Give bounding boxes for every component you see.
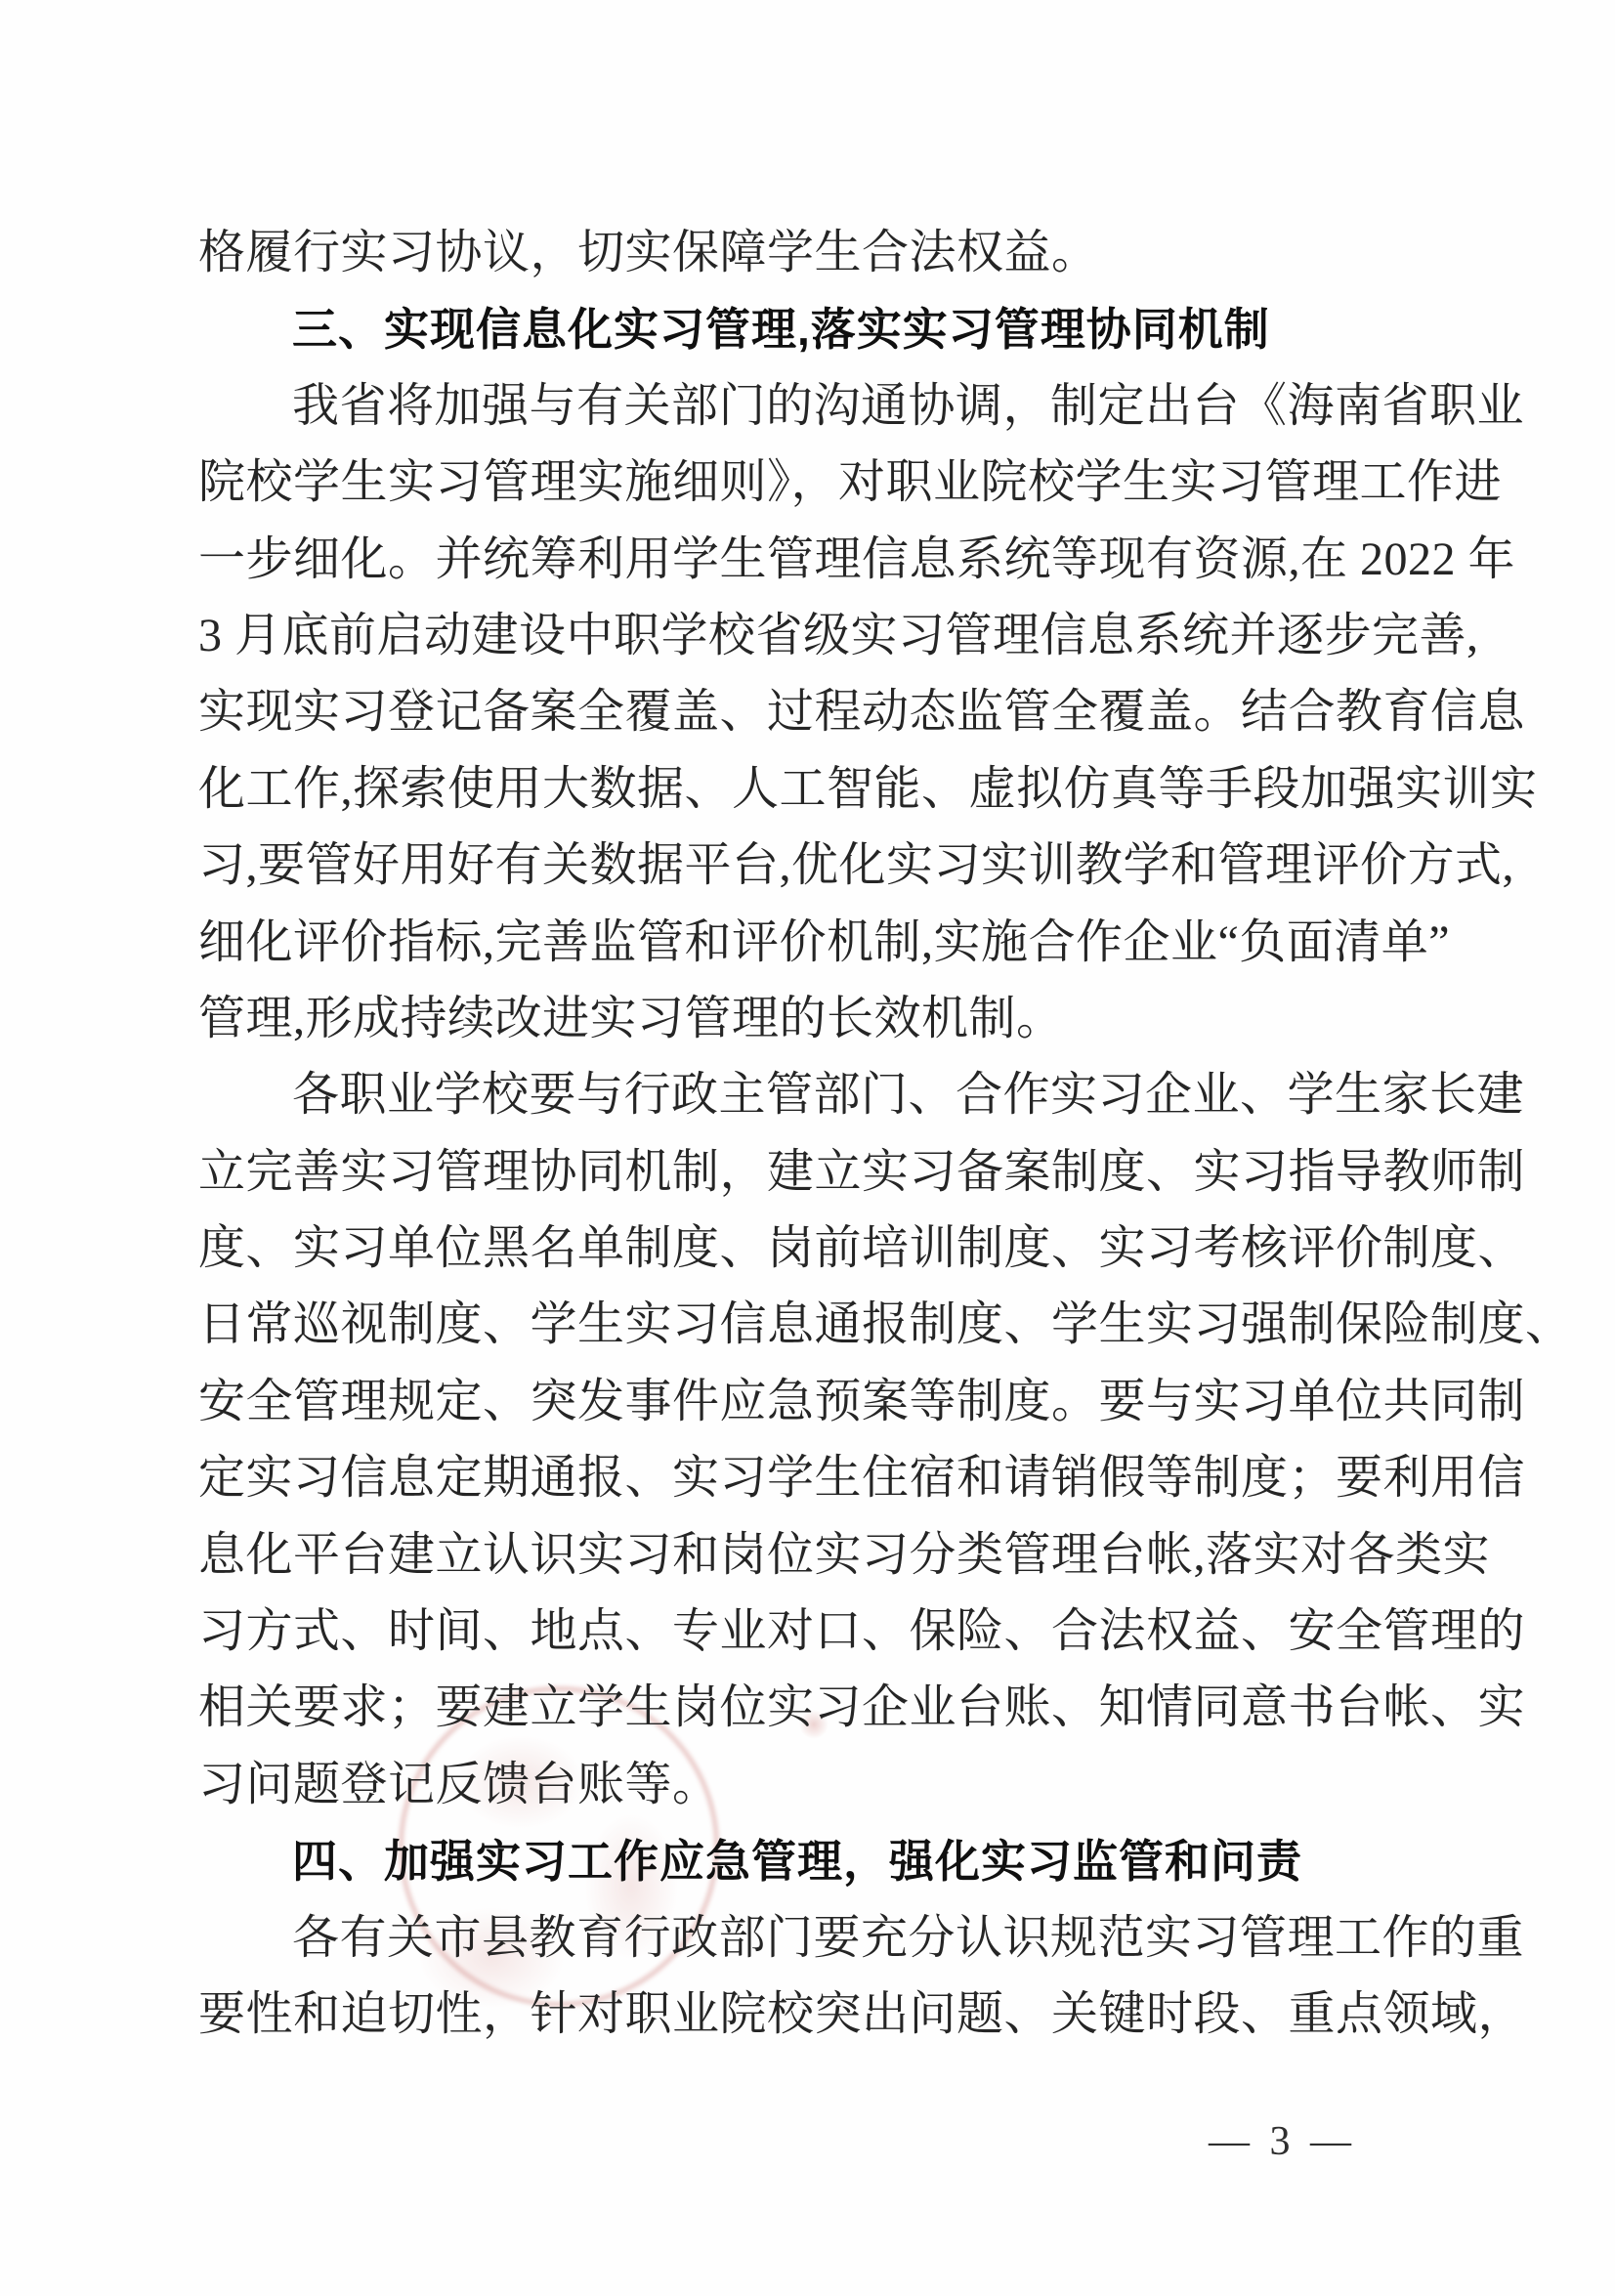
section-heading-3: 三、实现信息化实习管理,落实实习管理协同机制 [198, 291, 1422, 367]
text-line: 度、实习单位黑名单制度、岗前培训制度、实习考核评价制度、 [198, 1211, 1422, 1287]
text-line: 化工作,探索使用大数据、人工智能、虚拟仿真等手段加强实训实 [198, 751, 1422, 828]
text-line: 立完善实习管理协同机制，建立实习备案制度、实习指导教师制 [198, 1134, 1422, 1211]
document-body: 格履行实习协议，切实保障学生合法权益。 三、实现信息化实习管理,落实实习管理协同… [198, 215, 1422, 2053]
text-line: 息化平台建立认识实习和岗位实习分类管理台帐,落实对各类实 [198, 1517, 1422, 1594]
text-line: 习问题登记反馈台账等。 [198, 1747, 1422, 1823]
text-line: 3 月底前启动建设中职学校省级实习管理信息系统并逐步完善, [198, 598, 1422, 674]
text-line: 管理,形成持续改进实习管理的长效机制。 [198, 981, 1422, 1057]
text-line: 格履行实习协议，切实保障学生合法权益。 [198, 215, 1422, 291]
text-line: 各职业学校要与行政主管部门、合作实习企业、学生家长建 [198, 1057, 1422, 1133]
text-line: 习,要管好用好有关数据平台,优化实习实训教学和管理评价方式, [198, 828, 1422, 904]
section-heading-4: 四、加强实习工作应急管理，强化实习监管和问责 [198, 1823, 1422, 1899]
text-line: 安全管理规定、突发事件应急预案等制度。要与实习单位共同制 [198, 1364, 1422, 1440]
text-line: 一步细化。并统筹利用学生管理信息系统等现有资源,在 2022 年 [198, 522, 1422, 598]
text-line: 习方式、时间、地点、专业对口、保险、合法权益、安全管理的 [198, 1594, 1422, 1670]
text-line: 定实习信息定期通报、实习学生住宿和请销假等制度；要利用信 [198, 1440, 1422, 1516]
text-line: 日常巡视制度、学生实习信息通报制度、学生实习强制保险制度、 [198, 1287, 1422, 1363]
page-number: — 3 — [1209, 2118, 1356, 2165]
text-line: 院校学生实习管理实施细则》，对职业院校学生实习管理工作进 [198, 445, 1422, 521]
scanned-document-page: 格履行实习协议，切实保障学生合法权益。 三、实现信息化实习管理,落实实习管理协同… [0, 0, 1615, 2296]
text-line: 各有关市县教育行政部门要充分认识规范实习管理工作的重 [198, 1900, 1422, 1977]
text-line: 要性和迫切性，针对职业院校突出问题、关键时段、重点领域， [198, 1977, 1422, 2053]
text-line: 实现实习登记备案全覆盖、过程动态监管全覆盖。结合教育信息 [198, 674, 1422, 750]
text-line: 细化评价指标,完善监管和评价机制,实施合作企业“负面清单” [198, 905, 1422, 981]
text-line: 相关要求；要建立学生岗位实习企业台账、知情同意书台帐、实 [198, 1670, 1422, 1746]
text-line: 我省将加强与有关部门的沟通协调，制定出台《海南省职业 [198, 368, 1422, 445]
